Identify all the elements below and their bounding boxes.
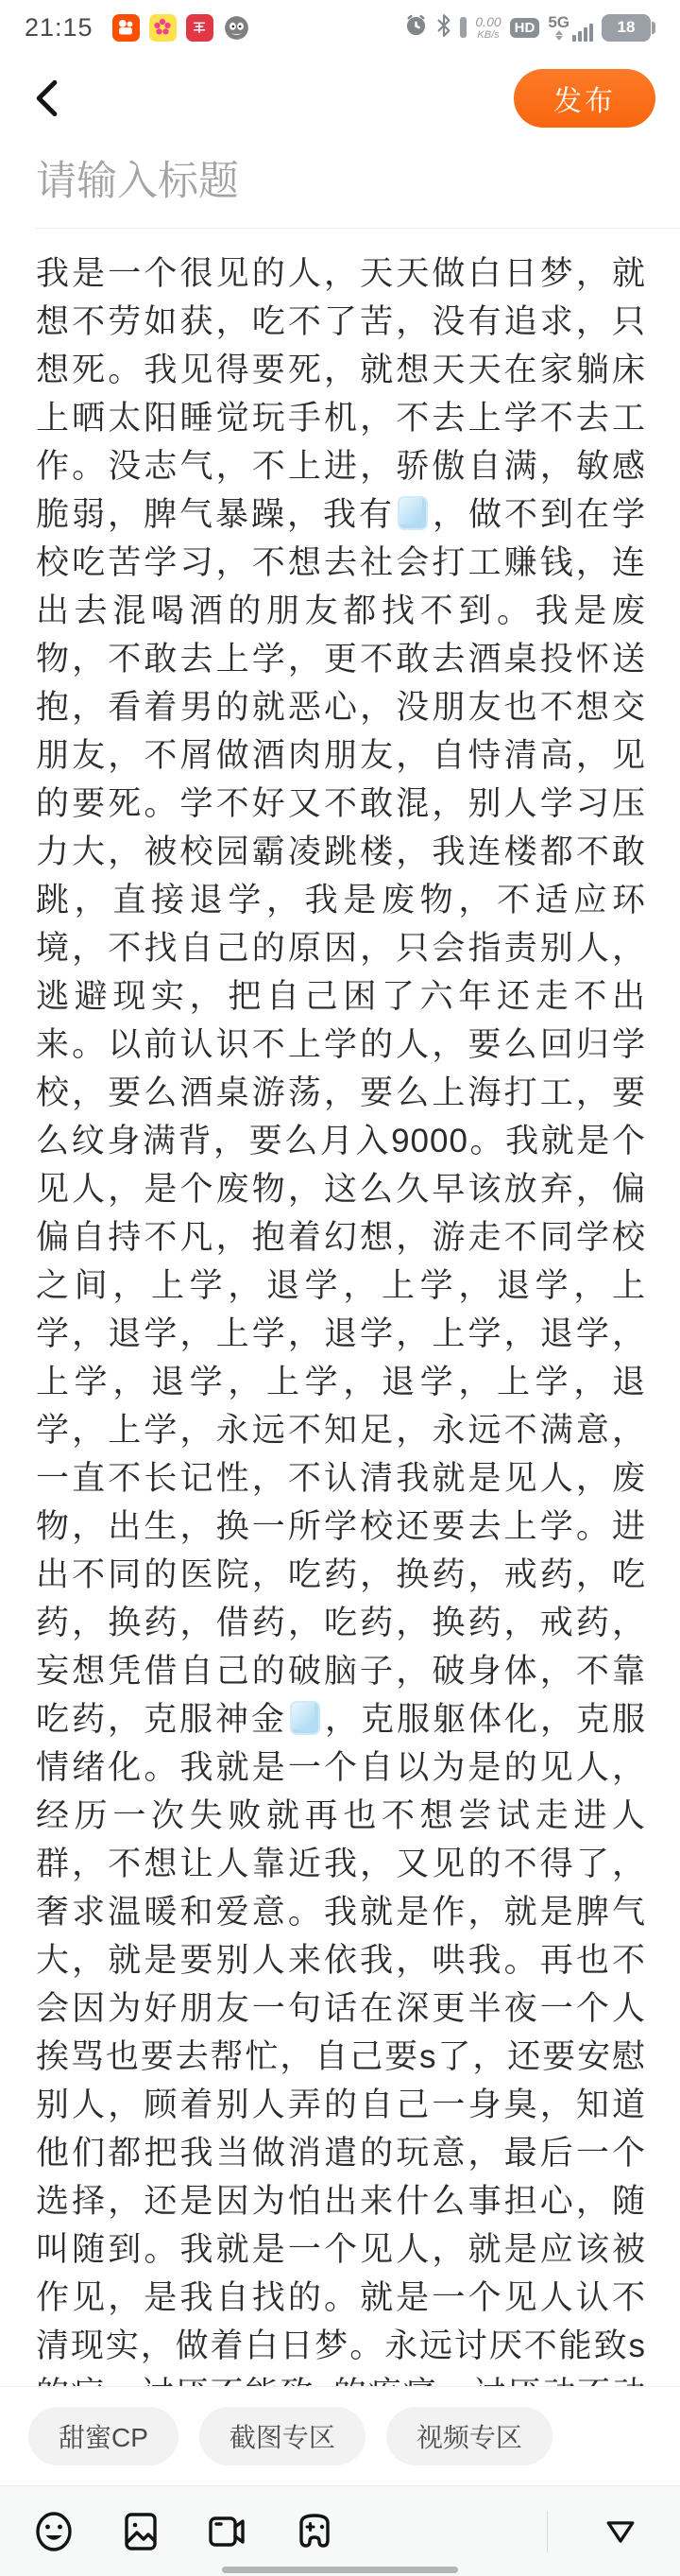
battery-indicator: 18 — [602, 14, 655, 42]
video-icon[interactable] — [206, 2510, 249, 2553]
header: 发布 — [0, 55, 680, 142]
hd-badge: HD — [510, 18, 540, 38]
image-icon[interactable] — [119, 2510, 162, 2553]
clock-time: 21:15 — [25, 13, 93, 43]
ice-cube-emoji — [290, 1701, 320, 1735]
status-right-cluster: 0.00 KB/s HD 5G 18 — [404, 13, 655, 43]
flower-app-icon — [149, 14, 177, 42]
signal-indicator: 5G — [548, 14, 593, 42]
signal-bars-icon — [572, 24, 593, 42]
post-body-editor[interactable]: 我是一个很见的人，天天做白日梦，就想不劳如获，吃不了苦，没有追求，只想死。我见得… — [0, 229, 680, 2386]
emoji-icon[interactable] — [32, 2510, 76, 2553]
back-chevron-icon — [32, 79, 60, 117]
kuaishou-icon — [112, 14, 140, 42]
home-indicator[interactable] — [222, 2567, 458, 2573]
status-bar: 21:15 0.00 KB/s HD — [0, 0, 680, 55]
editor-toolbar — [0, 2485, 680, 2576]
bluetooth-icon — [436, 13, 451, 43]
network-type-label: 5G — [548, 14, 569, 30]
publish-post-screen: 21:15 0.00 KB/s HD — [0, 0, 680, 2576]
topic-tags-row: 甜蜜CP 截图专区 视频专区 — [0, 2387, 680, 2485]
publish-button[interactable]: 发布 — [514, 69, 655, 128]
battery-nub — [652, 22, 655, 34]
network-speed: 0.00 KB/s — [475, 15, 501, 41]
data-arrows-icon — [555, 30, 563, 41]
bluetooth-battery-bar — [460, 17, 467, 38]
title-row — [0, 142, 680, 205]
title-input[interactable] — [36, 159, 644, 205]
tag-tianmi-cp[interactable]: 甜蜜CP — [28, 2407, 178, 2465]
back-button[interactable] — [32, 77, 74, 119]
game-controller-icon[interactable] — [293, 2510, 336, 2553]
tag-shipin-zone[interactable]: 视频专区 — [386, 2407, 552, 2465]
red-app-icon — [186, 14, 213, 42]
tag-jietu-zone[interactable]: 截图专区 — [199, 2407, 365, 2465]
qq-icon — [223, 14, 250, 42]
alarm-icon — [404, 13, 428, 42]
battery-percent: 18 — [602, 14, 651, 42]
body-text: 我是一个很见的人，天天做白日梦，就想不劳如获，吃不了苦，没有追求，只想死。我见得… — [36, 255, 646, 2386]
collapse-keyboard-icon[interactable] — [599, 2510, 642, 2553]
toolbar-divider — [547, 2511, 548, 2552]
ice-cube-emoji — [398, 496, 428, 530]
